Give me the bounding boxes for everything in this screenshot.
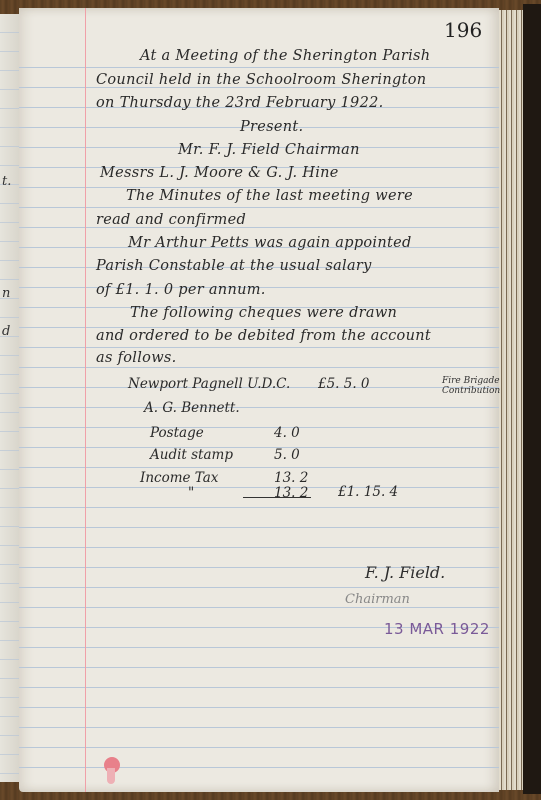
minutes-line: Parish Constable at the usual salary xyxy=(96,258,372,274)
minutes-line: Council held in the Schoolroom Sheringto… xyxy=(96,72,426,88)
left-page-fragment: n xyxy=(2,286,10,301)
ledger-payee: " xyxy=(188,485,194,501)
red-margin-line xyxy=(85,8,86,792)
ledger-amount: 4. 0 xyxy=(274,425,300,441)
ledger-subtotal: £1. 15. 4 xyxy=(338,484,398,500)
minutes-line: read and confirmed xyxy=(96,212,246,228)
minutes-line: The following cheques were drawn xyxy=(130,305,397,321)
book-cover-edge xyxy=(523,4,541,794)
ledger-amount: 5. 0 xyxy=(274,447,300,463)
ledger-amount: 13. 2 xyxy=(274,470,308,486)
signature-title: Chairman xyxy=(345,592,410,607)
ledger-payee: Audit stamp xyxy=(150,447,233,463)
left-page-fragment: t. xyxy=(2,174,11,189)
members-line: Messrs L. J. Moore & G. J. Hine xyxy=(100,165,339,181)
chairman-line: Mr. F. J. Field Chairman xyxy=(178,142,360,158)
minutes-line: Mr Arthur Petts was again appointed xyxy=(128,235,412,251)
minutes-line: The Minutes of the last meeting were xyxy=(126,188,413,204)
ledger-payee: Postage xyxy=(150,425,204,441)
red-wax-drip xyxy=(107,768,115,784)
left-page-fragment: d xyxy=(2,324,10,339)
ledger-payee: Income Tax xyxy=(140,470,218,486)
page-number: 196 xyxy=(444,18,482,42)
ledger-payee: Newport Pagnell U.D.C. xyxy=(128,376,290,392)
present-heading: Present. xyxy=(240,119,303,135)
minutes-line: of £1. 1. 0 per annum. xyxy=(96,282,266,298)
date-stamp: 13 MAR 1922 xyxy=(384,620,490,638)
minutes-line: and ordered to be debited from the accou… xyxy=(96,328,431,344)
ledger-note: Fire Brigade Contribution xyxy=(442,376,502,396)
left-facing-page: t. n d xyxy=(0,14,21,782)
chairman-signature: F. J. Field. xyxy=(365,563,445,582)
ledger-amount: £5. 5. 0 xyxy=(318,376,370,392)
minutes-line: as follows. xyxy=(96,350,177,366)
ledger-payee: A. G. Bennett. xyxy=(144,400,240,416)
minutes-line: on Thursday the 23rd February 1922. xyxy=(96,95,384,111)
ledger-underline xyxy=(243,497,311,498)
page-edges xyxy=(499,10,523,790)
ledger-amount: 13. 2 xyxy=(274,485,308,501)
minutes-line: At a Meeting of the Sherington Parish xyxy=(140,48,430,64)
